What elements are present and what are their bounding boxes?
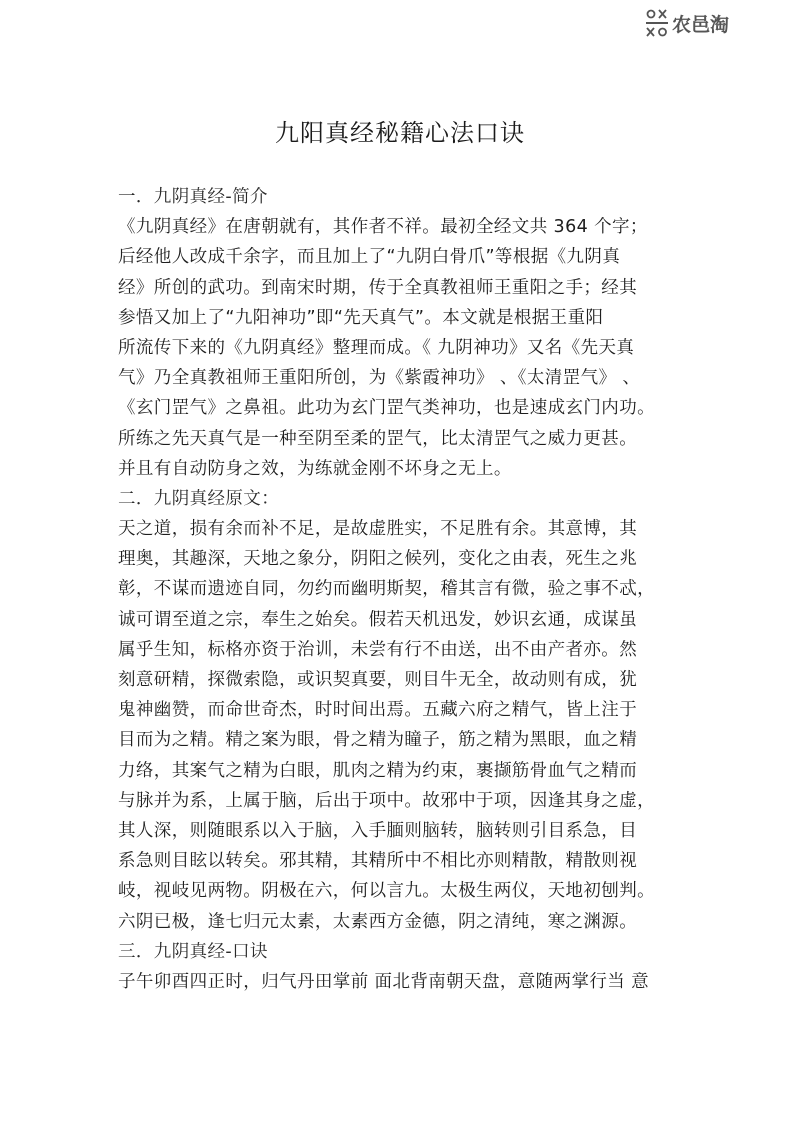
text-line: 刻意研精，探微索隐，或识契真要，则目牛无全，故动则有成，犹 [118,665,698,695]
text-line: 理奥，其趣深，天地之象分，阴阳之候列，变化之由表，死生之兆 [118,544,698,574]
nongyitao-logo-icon [646,8,668,38]
text-line: 其人深，则随眼系以入于脑，入手腼则脑转，脑转则引目系急，目 [118,816,698,846]
text-line: 所流传下来的《九阴真经》整理而成。《 九阴神功》又名《先天真 [118,333,698,363]
document-body: 一．九阴真经-简介 《九阴真经》在唐朝就有，其作者不祥。最初全经文共 364 个… [118,182,698,997]
watermark-text: 农邑淘 [672,10,729,37]
text-line: 目而为之精。精之案为眼，骨之精为瞳子，筋之精为黑眼，血之精 [118,725,698,755]
section-heading: 三．九阴真经-口诀 [118,937,698,967]
text-line: 子午卯酉四正时，归气丹田掌前 面北背南朝天盘，意随两掌行当 意 [118,967,698,997]
text-line: 系急则目眩以转矣。邪其精，其精所中不相比亦则精散，精散则视 [118,846,698,876]
text-line: 《玄门罡气》之鼻祖。此功为玄门罡气类神功，也是速成玄门内功。 [118,393,698,423]
text-line: 鬼神幽赞，而命世奇杰，时时间出焉。五藏六府之精气，皆上注于 [118,695,698,725]
text-line: 力络，其案气之精为白眼，肌肉之精为约束，裹撷筋骨血气之精而 [118,756,698,786]
text-line: 《九阴真经》在唐朝就有，其作者不祥。最初全经文共 364 个字； [118,212,698,242]
text-line: 彰，不谋而遗迹自同，勿约而幽明斯契，稽其言有微，验之事不忒， [118,574,698,604]
text-line: 后经他人改成千余字，而且加上了“九阴白骨爪”等根据《九阴真 [118,242,698,272]
text-line: 并且有自动防身之效，为练就金刚不坏身之无上。 [118,454,698,484]
text-line: 气》乃全真教祖师王重阳所创，为《紫霞神功》 、《太清罡气》 、 [118,363,698,393]
text-line: 岐，视岐见两物。阴极在六，何以言九。太极生两仪，天地初刨判。 [118,876,698,906]
text-line: 与脉并为系，上属于脑，后出于项中。故邪中于项，因逢其身之虚， [118,786,698,816]
text-line: 诚可谓至道之宗，奉生之始矣。假若天机迅发，妙识玄通，成谋虽 [118,605,698,635]
text-line: 参悟又加上了“九阳神功”即“先天真气”。本文就是根据王重阳 [118,303,698,333]
text-line: 经》所创的武功。到南宋时期，传于全真教祖师王重阳之手；经其 [118,273,698,303]
document-title: 九阳真经秘籍心法口诀 [0,113,800,148]
text-line: 所练之先天真气是一种至阴至柔的罡气，比太清罡气之威力更甚。 [118,424,698,454]
section-heading: 一．九阴真经-简介 [118,182,698,212]
text-line: 天之道，损有余而补不足，是故虚胜实，不足胜有余。其意博，其 [118,514,698,544]
text-line: 六阴已极，逢七归元太素，太素西方金德，阴之清纯，寒之渊源。 [118,907,698,937]
text-line: 属乎生知，标格亦资于治训，未尝有行不由送，出不由产者亦。然 [118,635,698,665]
watermark-logo: 农邑淘 [646,8,729,38]
section-heading: 二．九阴真经原文： [118,484,698,514]
